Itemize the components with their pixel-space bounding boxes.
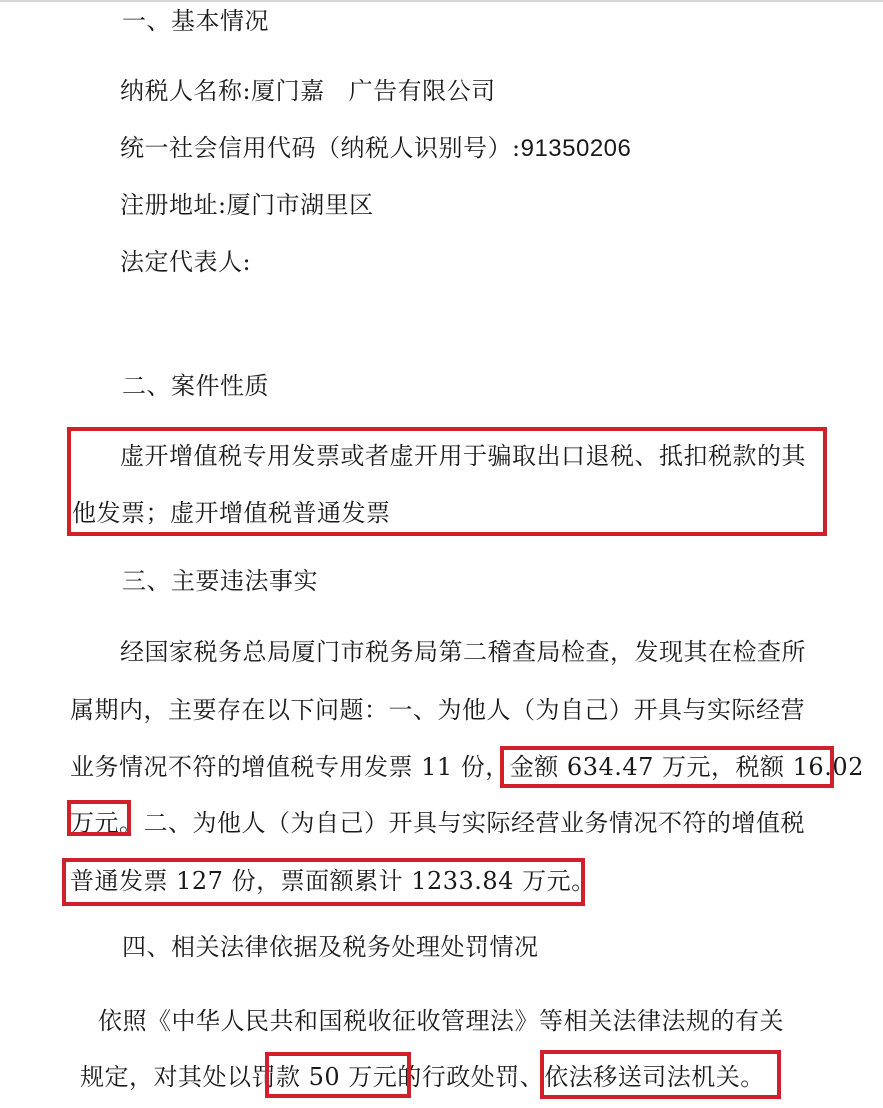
taxpayer-name-part2: 广告有限公司 [349, 77, 496, 105]
section3-heading: 三、主要违法事实 [122, 566, 318, 596]
legal-rep-label: 法定代表人: [120, 248, 251, 276]
legal-basis-line1: 依照《中华人民共和国税收征收管理法》等相关法律法规的有关 [98, 1006, 784, 1036]
legal-rep-row: 法定代表人: [120, 247, 251, 277]
address-value: 厦门市湖里区 [227, 191, 374, 219]
highlight-box-unit [67, 800, 131, 836]
address-label: 注册地址: [120, 191, 227, 219]
section2-heading: 二、案件性质 [122, 371, 269, 401]
legal-basis-prefix: 规定，对其处以 [80, 1063, 252, 1091]
facts-line4: 万元。二、为他人（为自己）开具与实际经营业务情况不符的增值税 [70, 808, 805, 838]
facts-line3-prefix: 业务情况不符的增值税专用发票 11 份， [70, 753, 510, 781]
facts-line4-rest: 。二、为他人（为自己）开具与实际经营业务情况不符的增值税 [119, 809, 805, 837]
facts-line1: 经国家税务总局厦门市税务局第二稽查局检查，发现其在检查所 [120, 637, 806, 667]
highlight-box-ordinary-invoices [62, 858, 585, 906]
credit-code-value: 91350206 [521, 135, 632, 162]
taxpayer-name-row: 纳税人名称:厦门嘉广告有限公司 [120, 76, 496, 106]
credit-code-label: 统一社会信用代码（纳税人识别号）: [120, 134, 521, 162]
address-row: 注册地址:厦门市湖里区 [120, 190, 374, 220]
taxpayer-name-part1: 厦门嘉 [251, 77, 325, 105]
top-border [0, 0, 883, 2]
facts-line2: 属期内，主要存在以下问题：一、为他人（为自己）开具与实际经营 [70, 695, 805, 725]
highlight-box-amount [500, 746, 834, 788]
taxpayer-name-label: 纳税人名称: [120, 77, 251, 105]
section4-heading: 四、相关法律依据及税务处理处罚情况 [122, 932, 539, 962]
highlight-box-judicial-transfer [540, 1050, 781, 1099]
section1-heading: 一、基本情况 [122, 6, 269, 36]
legal-basis-middle: 的行政处罚、 [397, 1063, 544, 1091]
highlight-box-fine [265, 1052, 411, 1098]
credit-code-row: 统一社会信用代码（纳税人识别号）:91350206 [120, 133, 631, 164]
highlight-box-case-nature [67, 427, 827, 536]
